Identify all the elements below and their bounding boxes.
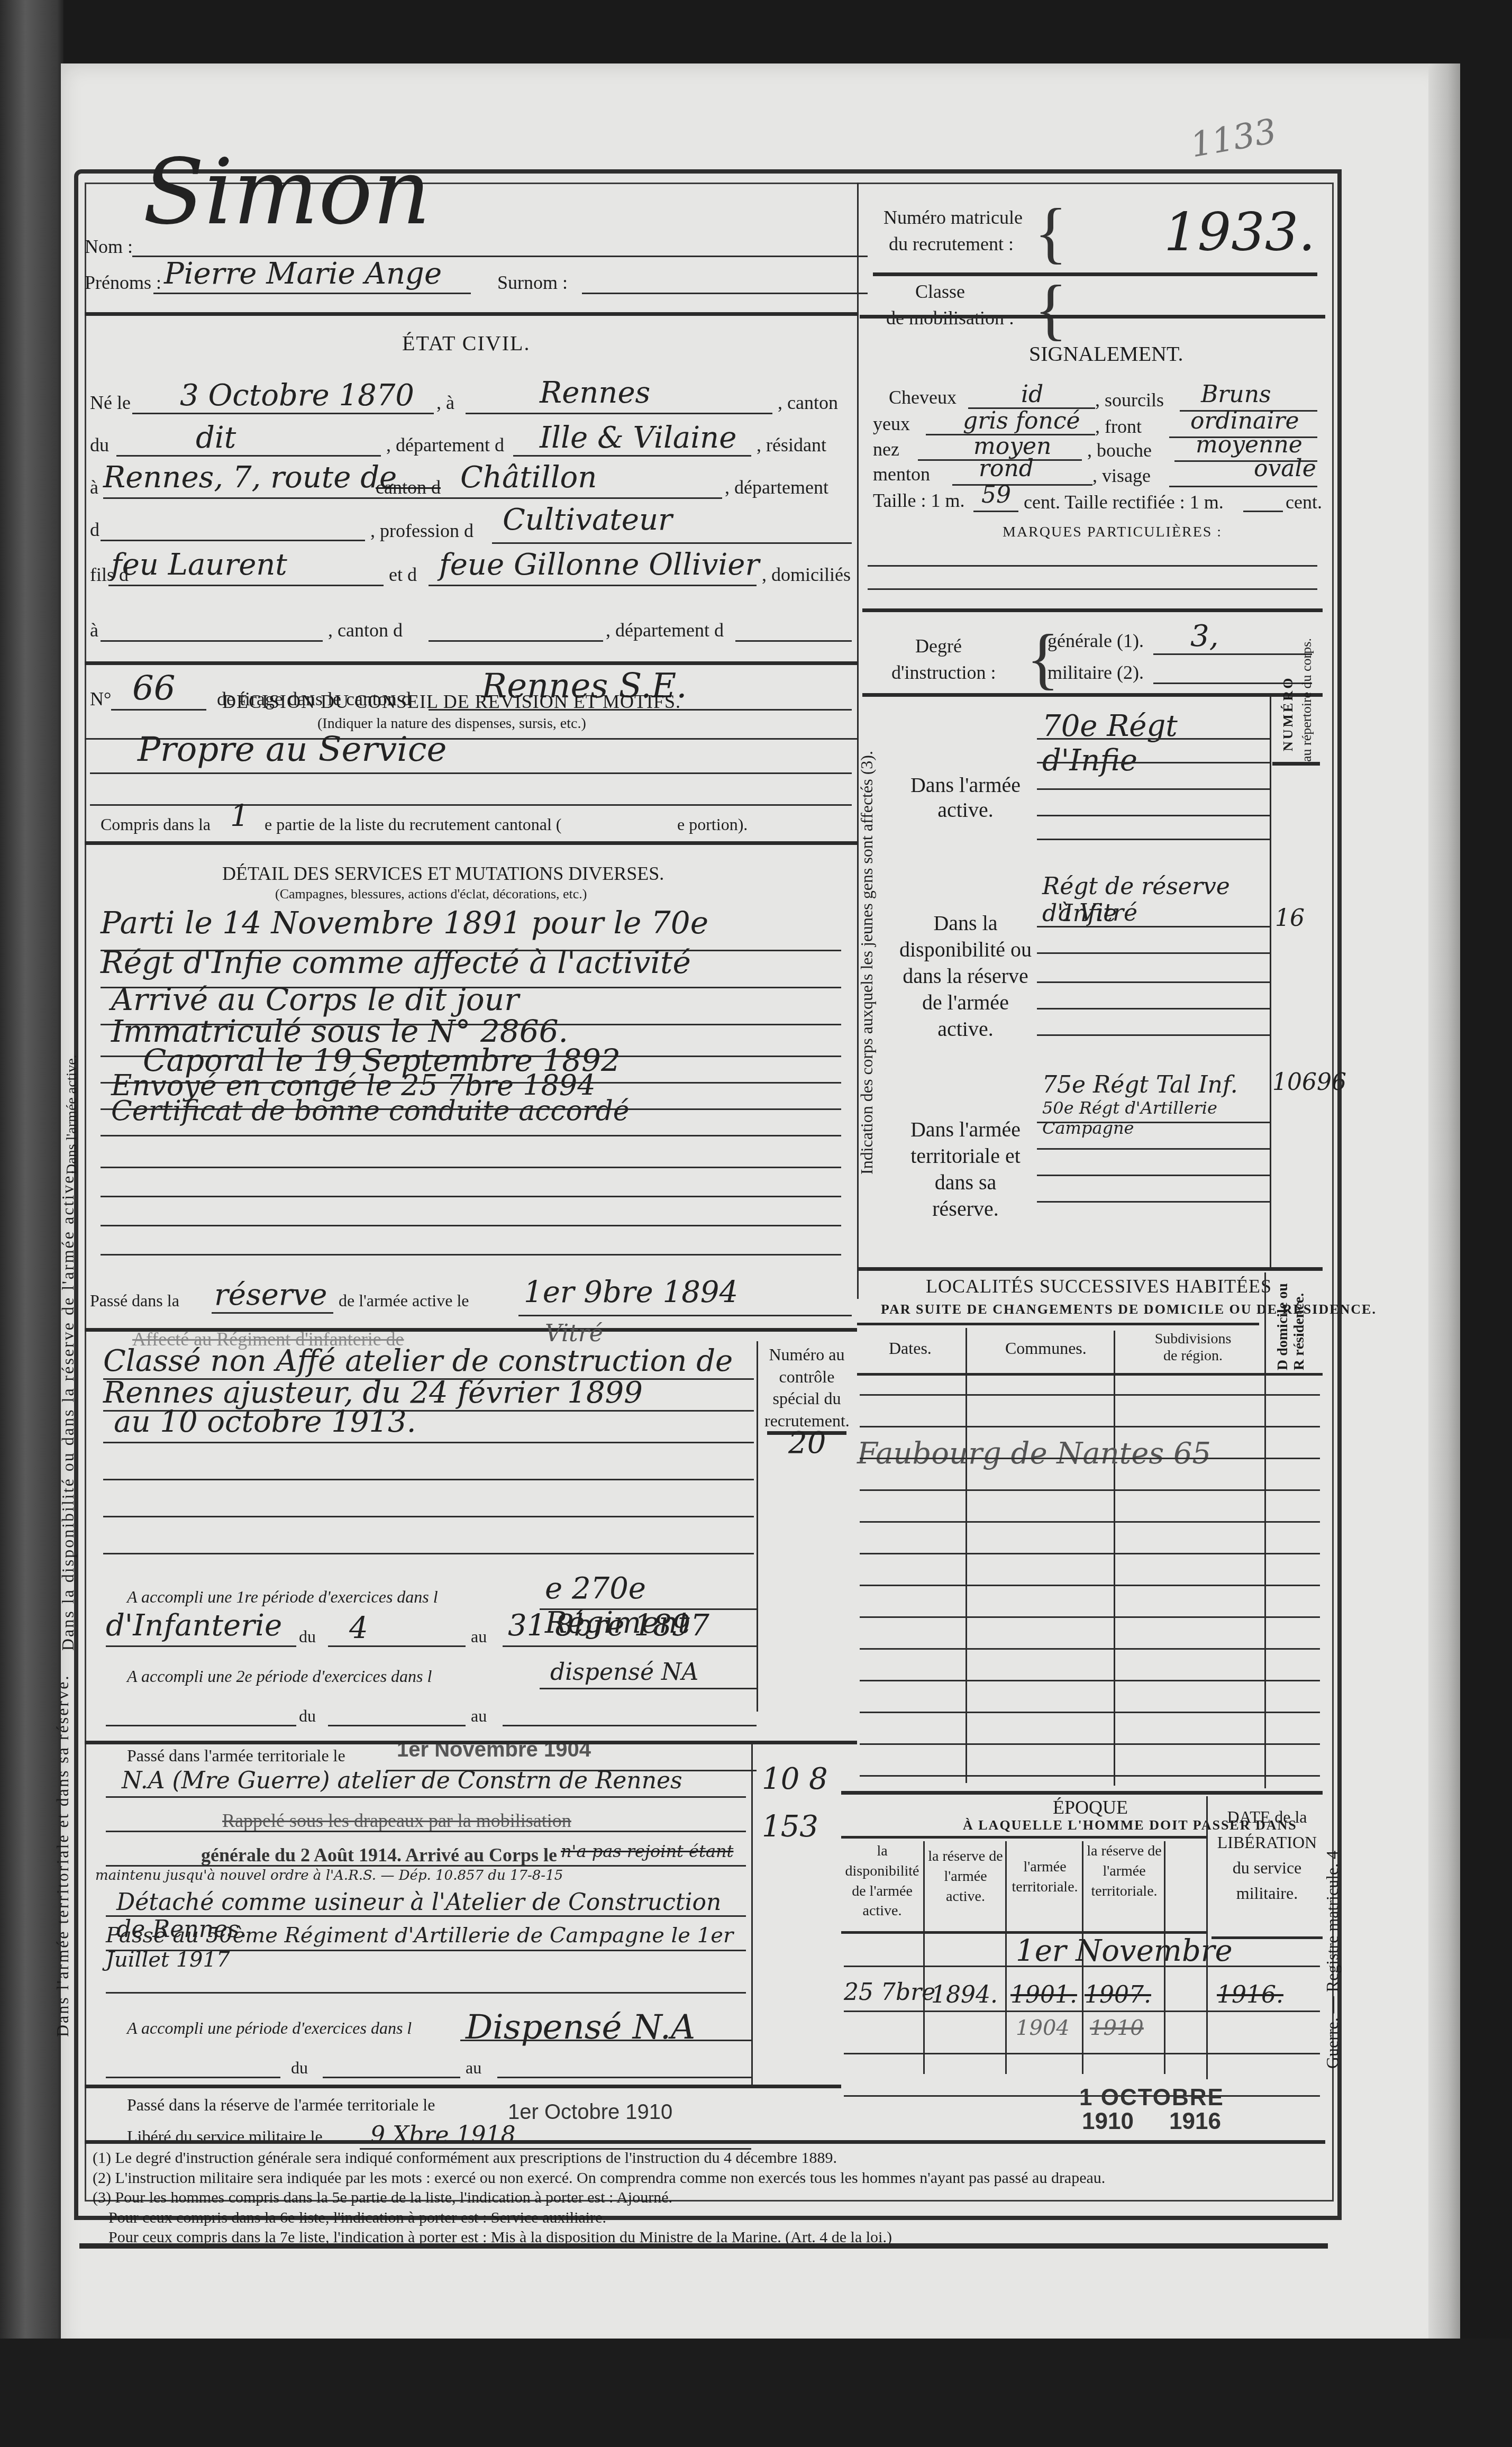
epoque-value-reserve: 1894. bbox=[931, 1981, 998, 2008]
cent-label: cent. bbox=[1286, 491, 1322, 513]
corps-row-value: 70e Régt d'Infie bbox=[1042, 709, 1270, 778]
residant-value: Rennes, 7, route de bbox=[103, 460, 397, 495]
corps-numero-divider bbox=[1270, 696, 1271, 1267]
disponibilite-line: Classé non Affé atelier de construction … bbox=[103, 1344, 733, 1378]
bouche-value: moyenne bbox=[1196, 431, 1302, 458]
services-side-label: Dans l'armée active. bbox=[63, 1054, 80, 1175]
numero-matricule-label-1: Numéro matricule bbox=[883, 206, 1023, 229]
territoriale-line-1: N.A (Mre Guerre) atelier de Constrn de R… bbox=[122, 1767, 682, 1794]
cheveux-value: id bbox=[1021, 381, 1043, 408]
canton-value: dit bbox=[196, 421, 236, 455]
services-subtitle: (Campagnes, blessures, actions d'éclat, … bbox=[275, 886, 587, 902]
corps-row-label: Dans la disponibilité ou dans la réserve… bbox=[899, 910, 1032, 1042]
profession-label: , profession d bbox=[370, 520, 473, 542]
corps-row-label: Dans l'armée active. bbox=[899, 772, 1032, 822]
visage-value: ovale bbox=[1254, 455, 1316, 482]
signalement-title: SIGNALEMENT. bbox=[1029, 341, 1183, 366]
yeux-label: yeux bbox=[873, 413, 910, 435]
periode2-label: A accompli une 2e période d'exercices da… bbox=[127, 1667, 432, 1686]
disponibilite-line: au 10 octobre 1913. bbox=[114, 1405, 416, 1439]
d-label: d bbox=[90, 518, 99, 541]
service-line: Parti le 14 Novembre 1891 pour le 70e bbox=[101, 905, 708, 941]
residant-street-value: Châtillon bbox=[460, 460, 597, 495]
territoriale-side-label: Dans l'armée territoriale et dans sa rés… bbox=[53, 1675, 72, 2037]
taille-value: 59 bbox=[981, 481, 1011, 508]
visage-label: , visage bbox=[1092, 465, 1151, 487]
canton-d-struck-label: canton d bbox=[376, 476, 441, 498]
epoque-correction-reserve-territoriale: 1910 bbox=[1090, 2016, 1144, 2040]
compris-partie-value: 1 bbox=[230, 799, 249, 833]
instruction-label-1: Degré bbox=[915, 635, 962, 657]
periode1-label: A accompli une 1re période d'exercices d… bbox=[127, 1587, 438, 1607]
tirage-no-label: N° bbox=[90, 688, 111, 710]
territoriale-du-label: du bbox=[291, 2058, 308, 2078]
menton-value: rond bbox=[979, 455, 1034, 482]
front-value: ordinaire bbox=[1190, 407, 1299, 434]
epoque-date-header: DATE de la LIBÉRATION du service militai… bbox=[1217, 1804, 1317, 1906]
corps-row-value: à Vitré bbox=[1058, 899, 1137, 926]
father-value: feu Laurent bbox=[111, 548, 287, 582]
corps-numero-header-2: au répertoire du corps. bbox=[1299, 638, 1315, 762]
epoque-title: ÉPOQUE bbox=[1053, 1796, 1128, 1818]
brace-icon: { bbox=[1034, 198, 1067, 267]
ne-le-label: Né le bbox=[90, 392, 131, 414]
brace-icon: { bbox=[1034, 275, 1067, 344]
localites-col-subdivisions: Subdivisions de région. bbox=[1148, 1331, 1238, 1365]
classe-label-1: Classe bbox=[915, 280, 965, 303]
territoriale-label: Passé dans l'armée territoriale le bbox=[127, 1746, 345, 1766]
numero-matricule-label-2: du recrutement : bbox=[889, 233, 1014, 255]
periode1-du-value: 4 bbox=[349, 1611, 368, 1645]
passe-label: Passé dans la bbox=[90, 1291, 179, 1311]
affecte-struck-value: Vitré bbox=[545, 1320, 603, 1347]
passe-date-label: de l'armée active le bbox=[339, 1291, 469, 1311]
periode1-du-label: du bbox=[299, 1627, 316, 1647]
residant-prefix: à bbox=[90, 476, 98, 498]
instruction-generale-label: générale (1). bbox=[1048, 630, 1144, 652]
epoque-col-header: la réserve de l'armée active. bbox=[926, 1846, 1005, 1906]
taille-label: Taille : 1 m. bbox=[873, 489, 964, 512]
periode1-au-value: 31 8bre 1897 bbox=[508, 1608, 709, 1643]
periode2-du-label: du bbox=[299, 1706, 316, 1726]
instruction-militaire-label: militaire (2). bbox=[1048, 661, 1144, 684]
surnom-label: Surnom : bbox=[497, 271, 568, 294]
footnote-3: (3) Pour les hommes compris dans la 5e p… bbox=[93, 2188, 1320, 2208]
footnotes: (1) Le degré d'instruction générale sera… bbox=[93, 2148, 1320, 2248]
birth-date-value: 3 Octobre 1870 bbox=[180, 378, 414, 413]
territoriale-line-3: Passé au 50ème Régiment d'Artillerie de … bbox=[106, 1923, 746, 1972]
epoque-col-header: la disponibilité de l'armée active. bbox=[841, 1841, 923, 1921]
periode1-au-label: au bbox=[471, 1627, 487, 1647]
service-line: Certificat de bonne conduite accordé bbox=[111, 1095, 630, 1127]
rappele-printed: Rappelé sous les drapeaux par la mobilis… bbox=[222, 1809, 571, 1832]
handwritten-insert: n'a pas rejoint étant bbox=[561, 1841, 733, 1861]
instruction-generale-value: 3, bbox=[1190, 619, 1218, 653]
domicilies-label: , domiciliés bbox=[762, 563, 851, 586]
epoque-value-liberation: 1916. bbox=[1217, 1981, 1283, 2008]
territoriale-number-1: 10 8 bbox=[762, 1762, 828, 1796]
tirage-section: N° 66 de tirage dans le canton d Rennes … bbox=[90, 624, 852, 677]
localites-col-divider bbox=[1114, 1331, 1115, 1786]
territoriale-reserve-label: Passé dans la réserve de l'armée territo… bbox=[127, 2095, 435, 2115]
cheveux-label: Cheveux bbox=[889, 386, 957, 408]
disponibilite-side-label-1: Dans la disponibilité ou dans la réserve… bbox=[58, 1169, 78, 1651]
localites-col-dr: D domicile ou R résidence. bbox=[1275, 1280, 1308, 1370]
passe-date-value: 1er 9bre 1894 bbox=[524, 1275, 738, 1309]
etat-civil-title: ÉTAT CIVIL. bbox=[402, 331, 530, 356]
epoque-stamp-1: 1 OCTOBRE bbox=[1079, 2085, 1224, 2111]
corps-row-value: 75e Régt Tal Inf. bbox=[1042, 1071, 1238, 1098]
epoque-col-header: l'armée territoriale. bbox=[1008, 1857, 1082, 1897]
book-binding bbox=[0, 0, 63, 2447]
birthplace-value: Rennes bbox=[540, 376, 650, 410]
compris-label: Compris dans la bbox=[101, 815, 211, 834]
sourcils-label: , sourcils bbox=[1095, 389, 1164, 411]
profession-value: Cultivateur bbox=[503, 503, 672, 537]
localite-entry: Faubourg de Nantes 65 bbox=[857, 1436, 1211, 1471]
departement-label: , département d bbox=[386, 434, 504, 456]
localites-col-divider bbox=[966, 1328, 967, 1783]
footnote-2: (2) L'instruction militaire sera indiqué… bbox=[93, 2168, 1320, 2188]
mobilisation-printed: générale du 2 Août 1914. Arrivé au Corps… bbox=[201, 1844, 557, 1866]
background bbox=[0, 2339, 1512, 2447]
mother-value: feue Gillonne Ollivier bbox=[439, 548, 759, 582]
epoque-value-disponibilite: 25 7bre bbox=[844, 1979, 935, 2006]
corps-row-numero: 10696 bbox=[1272, 1069, 1346, 1096]
menton-label: menton bbox=[873, 463, 930, 485]
prenoms-value: Pierre Marie Ange bbox=[164, 257, 442, 291]
periode2-au-label: au bbox=[471, 1706, 487, 1726]
sourcils-value: Bruns bbox=[1201, 381, 1271, 408]
territoriale-au-label: au bbox=[466, 2058, 481, 2078]
epoque-value-reserve-territoriale: 1907. bbox=[1085, 1981, 1151, 2008]
handwritten-insert-2: maintenu jusqu'à nouvel ordre à l'A.R.S.… bbox=[95, 1868, 563, 1884]
numero-matricule-value: 1933. bbox=[1164, 201, 1315, 263]
territoriale-number-2: 153 bbox=[762, 1809, 818, 1844]
epoque-overline: 1er Novembre bbox=[1016, 1934, 1233, 1968]
decision-title: DÉCISION DU CONSEIL DE REVISION ET MOTIF… bbox=[222, 690, 681, 713]
residant-label: , résidant bbox=[757, 434, 826, 456]
controle-value: 20 bbox=[788, 1426, 826, 1460]
corps-numero-header-1: NUMÉRO bbox=[1280, 676, 1296, 751]
localites-col-communes: Communes. bbox=[1005, 1339, 1087, 1358]
epoque-col-header: la réserve de l'armée territoriale. bbox=[1085, 1841, 1164, 1901]
instruction-label-2: d'instruction : bbox=[891, 661, 996, 684]
epoque-correction-territoriale: 1904 bbox=[1016, 2016, 1070, 2040]
corps-side-label: Indication des corps auxquels les jeunes… bbox=[857, 751, 877, 1175]
footnote-1: (1) Le degré d'instruction générale sera… bbox=[93, 2148, 1320, 2168]
decision-value: Propre au Service bbox=[138, 730, 447, 769]
birthplace-label: , à bbox=[436, 392, 454, 414]
periode2-value: dispensé NA bbox=[550, 1659, 698, 1686]
departement-label-2: , département bbox=[725, 476, 828, 498]
nom-value: Simon bbox=[143, 140, 431, 245]
nez-label: nez bbox=[873, 438, 899, 460]
taille-rectifiee-label: cent. Taille rectifiée : 1 m. bbox=[1024, 491, 1224, 513]
marques-label: MARQUES PARTICULIÈRES : bbox=[1003, 524, 1222, 541]
du-label: du bbox=[90, 434, 109, 456]
compris-portion-label: e portion). bbox=[677, 815, 748, 834]
yeux-value: gris foncé bbox=[963, 407, 1080, 434]
compris-partie-label: e partie de la liste du recrutement cant… bbox=[265, 815, 562, 834]
departement-value: Ille & Vilaine bbox=[540, 421, 736, 455]
territoriale-reserve-value: 1er Octobre 1910 bbox=[508, 2100, 672, 2124]
corps-row-label: Dans l'armée territoriale et dans sa rés… bbox=[899, 1116, 1032, 1222]
bouche-label: , bouche bbox=[1087, 439, 1152, 461]
epoque-stamp-year-1: 1910 bbox=[1082, 2108, 1134, 2135]
register-footer: Guerre. — Registre matricule. 4 bbox=[1323, 1851, 1342, 2069]
nom-label: Nom : bbox=[85, 235, 133, 258]
service-line: Régt d'Infie comme affecté à l'activité bbox=[101, 944, 691, 980]
tirage-no-value: 66 bbox=[132, 669, 175, 708]
libere-value: 9 Xbre 1918 bbox=[370, 2122, 516, 2149]
passe-value: réserve bbox=[214, 1278, 327, 1312]
controle-divider bbox=[757, 1341, 758, 1712]
localites-col-dates: Dates. bbox=[889, 1339, 932, 1358]
canton-label: , canton bbox=[778, 392, 838, 414]
territoriale-periode-label: A accompli une période d'exercices dans … bbox=[127, 2018, 412, 2038]
services-title: DÉTAIL DES SERVICES ET MUTATIONS DIVERSE… bbox=[222, 862, 664, 885]
service-line: Arrivé au Corps le dit jour bbox=[111, 981, 519, 1017]
epoque-value-territoriale: 1901. bbox=[1010, 1981, 1077, 2008]
et-de-label: et d bbox=[389, 563, 417, 586]
etat-civil-section: Né le 3 Octobre 1870 , à Rennes , canton… bbox=[90, 381, 852, 603]
corps-row-value: 50e Régt d'Artillerie Campagne bbox=[1042, 1098, 1270, 1138]
controle-header: Numéro au contrôle spécial du recrutemen… bbox=[764, 1344, 849, 1432]
prenoms-label: Prénoms : bbox=[85, 271, 161, 294]
epoque-stamp-year-2: 1916 bbox=[1169, 2108, 1221, 2135]
corps-row-numero: 16 bbox=[1275, 905, 1305, 932]
page-edge bbox=[1428, 63, 1460, 2354]
localites-col-divider bbox=[1264, 1272, 1266, 1788]
footnote-4: Pour ceux compris dans la 6e liste, l'in… bbox=[93, 2208, 1320, 2228]
territoriale-number-divider bbox=[751, 1743, 753, 2087]
front-label: , front bbox=[1095, 415, 1142, 438]
periode1-value-2: d'Infanterie bbox=[106, 1608, 282, 1643]
localites-title: LOCALITÉS SUCCESSIVES HABITÉES bbox=[926, 1275, 1272, 1297]
